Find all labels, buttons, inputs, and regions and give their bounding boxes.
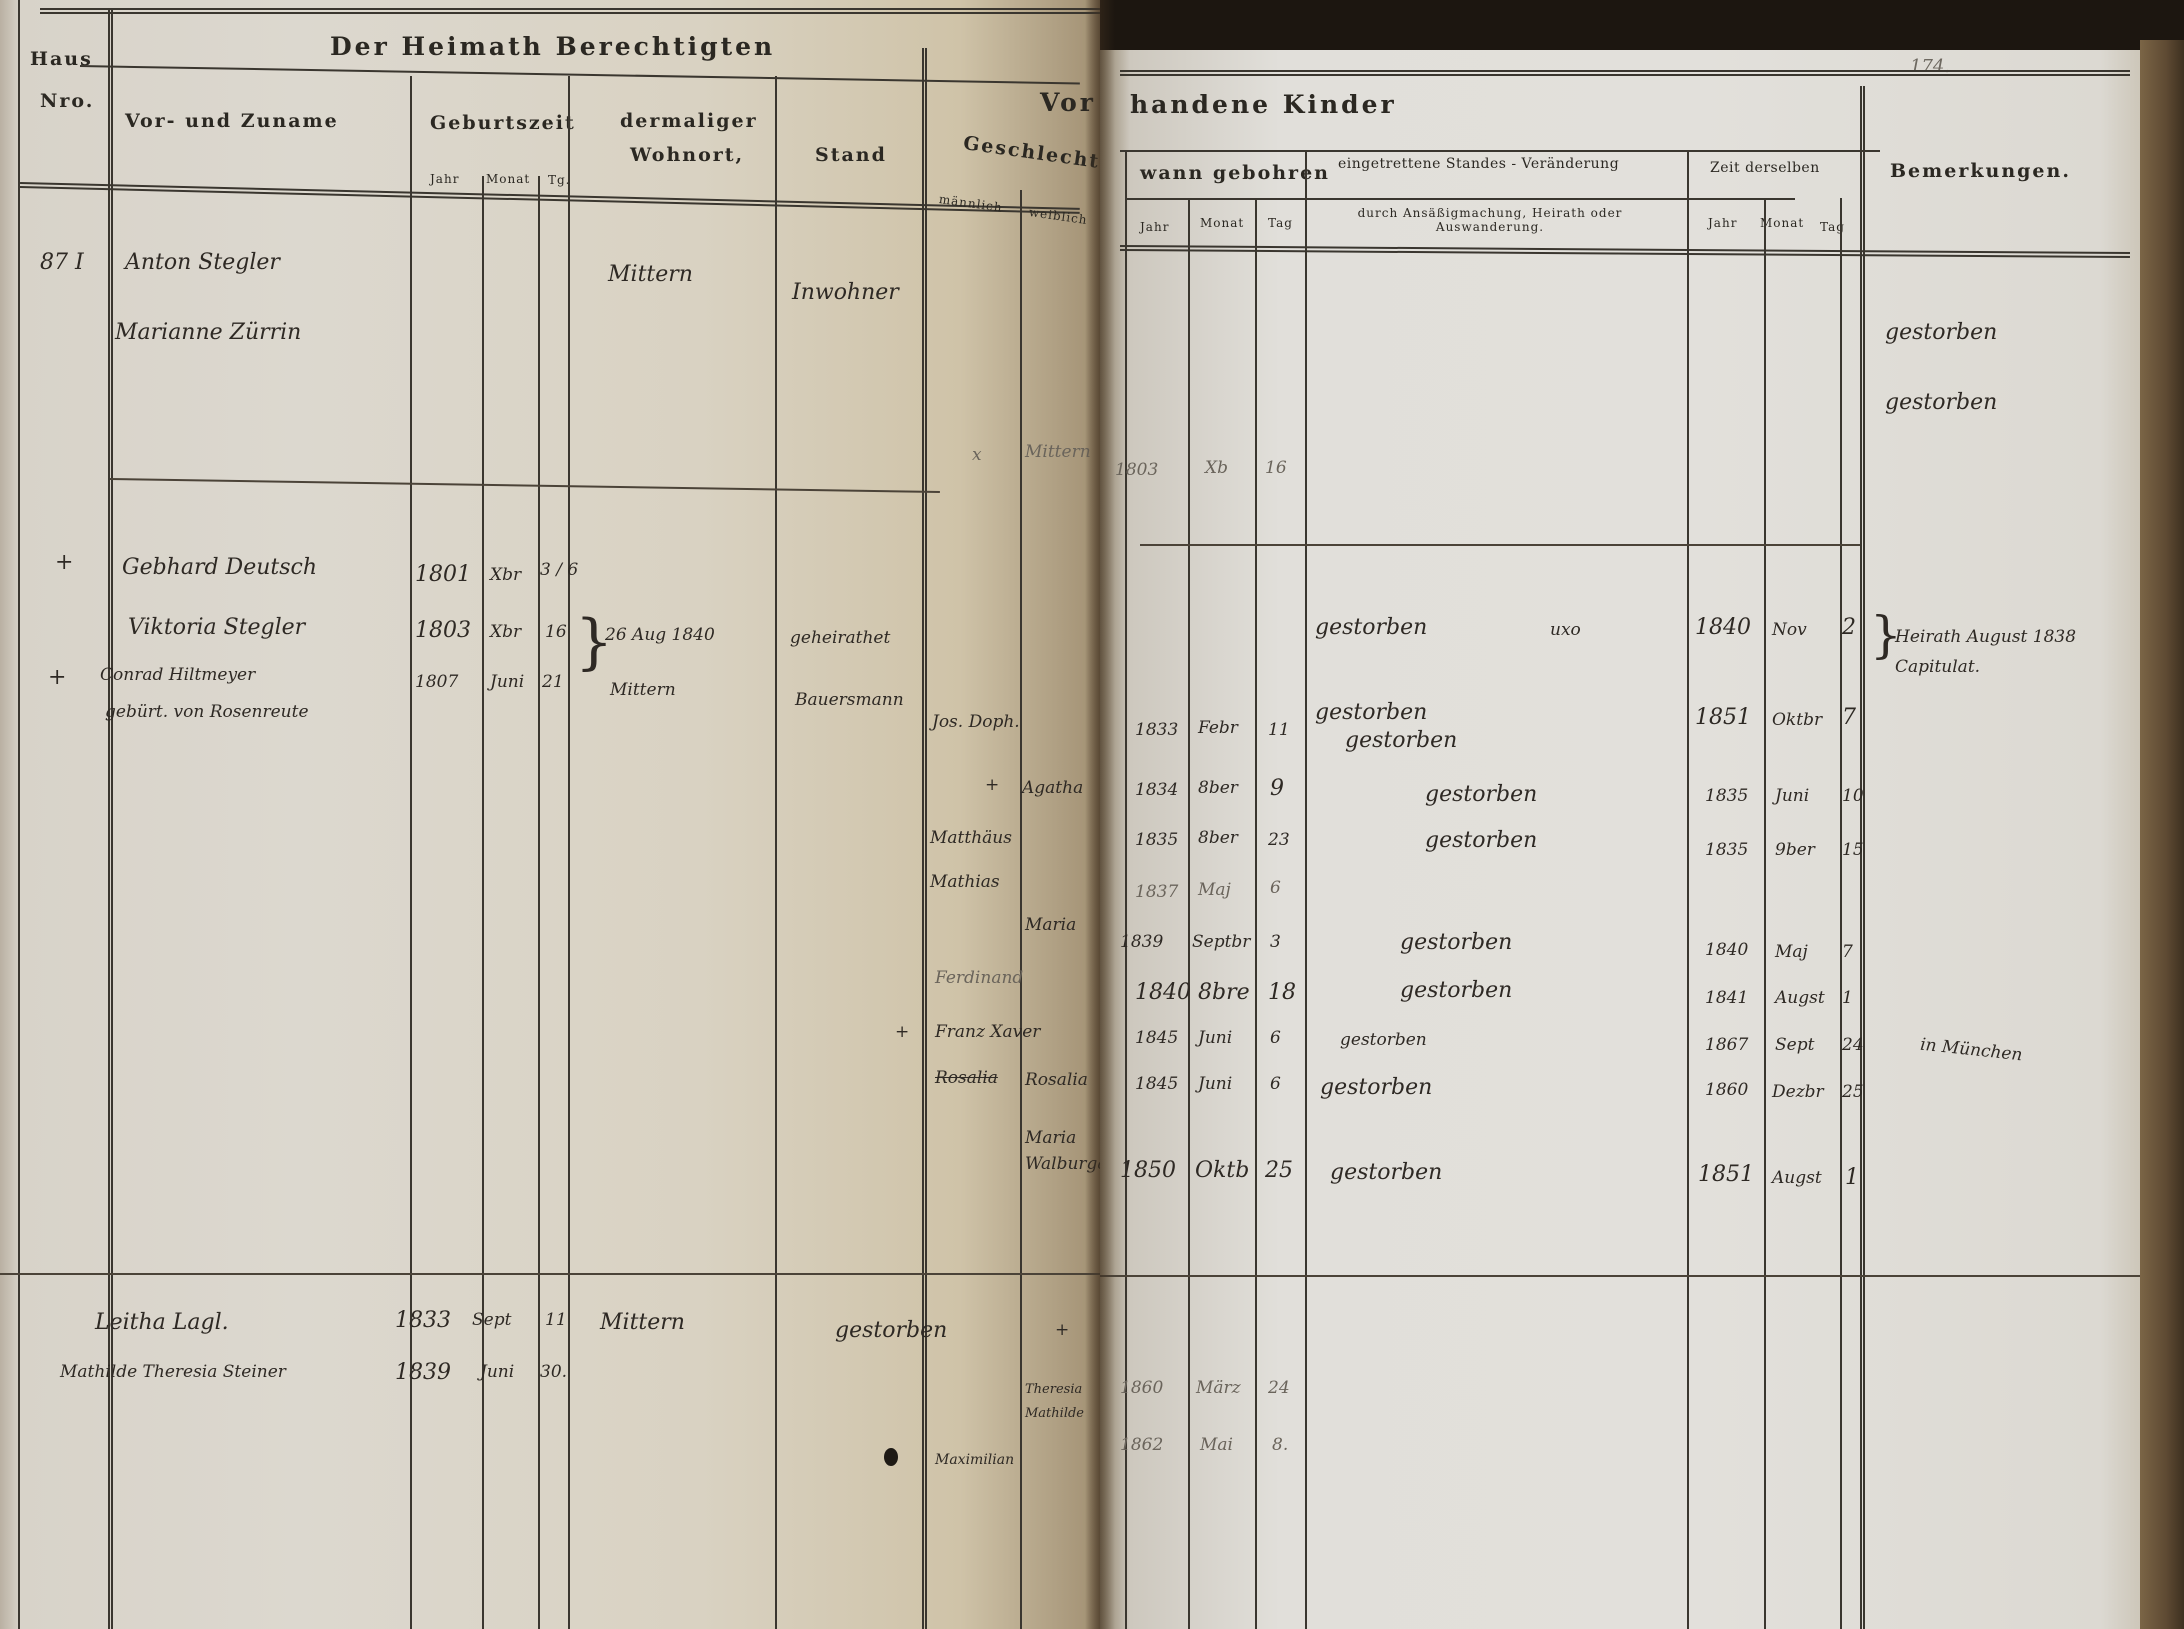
birth-year-month-rule [482,176,484,1629]
birth-month-header: Monat [486,172,530,186]
child-birth-month: Juni [1198,1074,1232,1094]
child-birth-year: 1835 [1135,830,1178,850]
entry-separator-2 [1100,1275,2150,1277]
entry-separator-1 [110,478,940,493]
haus-number: 87 I [40,250,84,275]
child-birth-year: 1839 [1120,932,1163,952]
child-name-female: Rosalia [1025,1070,1088,1090]
child-birth-month: Xb [1205,458,1228,478]
change-month: Juni [1775,786,1809,806]
change-month: Augst [1775,988,1825,1008]
status-change: gestorben [1340,1030,1427,1050]
change-day: 2 [1842,615,1856,640]
child-name-male: Maximilian [935,1452,1014,1468]
status-change: gestorben [1400,930,1512,955]
change-day: 1 [1845,1165,1859,1190]
birth-month: Sept [472,1310,511,1330]
status-change: gestorben [1315,700,1427,725]
change-day: 25 [1842,1082,1864,1102]
child-birth-day: 6 [1270,878,1281,898]
child-birth-day: 3 [1270,932,1281,952]
residence-stand-rule [775,76,777,1629]
birth-day: 30. [540,1362,567,1382]
child-mark: + [985,775,999,795]
birth-day: 11 [545,1310,567,1330]
change-day: 7 [1842,705,1856,730]
child-birth-day: 16 [1265,458,1287,478]
gender-male-header: männlich [938,192,1003,215]
person-name: Viktoria Stegler [128,615,305,640]
child-name-struck: Rosalia [935,1068,998,1088]
status-change-subheader: durch Ansäßigmachung, Heirath oder Auswa… [1340,206,1640,234]
child-name-male: Franz Xaver [935,1022,1040,1042]
time-column-header: Zeit derselben [1710,160,1820,176]
child-birth-day: 9 [1270,776,1284,801]
status-change: gestorben [1345,728,1457,753]
time-month-day-rule [1840,198,1842,1629]
haus-column-rule [108,10,113,1629]
entry-separator-2 [0,1273,1100,1275]
header-title-rule [80,65,1080,84]
birth-year-header: Jahr [430,172,459,186]
change-year: 1835 [1705,786,1748,806]
child-birth-month: Juni [1198,1028,1232,1048]
status-change: gestorben [1425,828,1537,853]
child-birth-day: 25 [1265,1158,1293,1183]
change-year: 1841 [1705,988,1748,1008]
book-cover-edge [2140,40,2184,1629]
change-day: 7 [1842,942,1853,962]
book-gutter [1085,0,1115,1629]
entry-separator-1 [1140,544,1860,546]
time-year-header: Jahr [1708,216,1737,230]
birth-year: 1839 [395,1360,451,1385]
change-month: Sept [1775,1035,1814,1055]
stand-gender-rule [922,48,927,1629]
child-name-male: Matthäus [930,828,1012,848]
right-page: 174. handene Kinder wann gebohren Jahr M… [1100,50,2150,1629]
status-change: gestorben [1320,1075,1432,1100]
change-day: 1 [1842,988,1853,1008]
born-month-day-rule [1255,198,1257,1629]
change-day: 24 [1842,1035,1864,1055]
child-birth-month: Septbr [1192,932,1250,952]
marriage-date: 26 Aug 1840 [605,625,715,645]
section-title-children-part2: handene Kinder [1130,90,1397,119]
status-change-header: eingetrettene Standes - Veränderung [1338,156,1619,172]
haus-mark: + [55,550,73,575]
child-name-female: Agatha [1022,778,1083,798]
gender-column-header: Geschlecht [962,132,1100,173]
child-birth-month: Mai [1200,1435,1233,1455]
stand-value: geheirathet [790,628,890,648]
child-birth-month: 8ber [1198,828,1238,848]
child-birth-day: 18 [1268,980,1296,1005]
header-top-rule [1120,70,2130,76]
change-year: 1860 [1705,1080,1748,1100]
person-name: Gebhard Deutsch [122,555,317,580]
born-change-rule [1305,150,1307,1629]
child-birth-month: 8ber [1198,778,1238,798]
remark-marriage: Heirath August 1838 Capitulat. [1895,622,2135,682]
child-birth-day: 6 [1270,1028,1281,1048]
change-month: Maj [1775,942,1808,962]
born-left-rule [1125,150,1127,1629]
person-name: Marianne Zürrin [115,320,301,345]
stand-column-header: Stand [815,144,887,166]
change-month: Augst [1772,1168,1822,1188]
birth-year: 1833 [395,1308,451,1333]
change-month: Oktbr [1772,710,1822,730]
residence-value: Mittern [608,262,693,287]
time-year-month-rule [1764,198,1766,1629]
change-month: Nov [1772,620,1807,640]
header-title-rule [1120,150,1880,152]
birth-month: Xbr [490,565,521,585]
residence-header-line1: dermaliger [620,110,758,132]
change-year: 1840 [1705,940,1748,960]
status-change: gestorben [1425,782,1537,807]
born-column-header: wann gebohren [1140,162,1330,184]
child-birth-year: 1860 [1120,1378,1163,1398]
child-mark: x [972,445,982,465]
name-column-header: Vor- und Zuname [125,110,339,132]
child-birth-year: 1837 [1135,882,1178,902]
child-mark: + [895,1022,909,1042]
birth-day: 3 / 6 [540,560,578,580]
remark-gestorben: gestorben [1885,320,1997,345]
change-month: 9ber [1775,840,1815,860]
birth-year: 1801 [415,562,471,587]
birth-year: 1807 [415,672,458,692]
birth-month: Juni [480,1362,514,1382]
child-birth-day: 11 [1268,720,1290,740]
child-name: Mittern [1025,442,1091,462]
change-time-rule [1687,150,1689,1629]
status-change: gestorben [1400,978,1512,1003]
birth-month: Xbr [490,622,521,642]
left-page: Haus Nro. Der Heimath Berechtigten Vor- … [0,0,1100,1629]
child-name-male: Ferdinand [935,968,1023,988]
nro-label: Nro. [40,90,94,112]
child-birth-year: 1840 [1135,980,1191,1005]
status-change: gestorben [1330,1160,1442,1185]
child-birth-month: 8bre [1198,980,1250,1005]
child-birth-day: 23 [1268,830,1290,850]
person-name: Anton Stegler [125,250,280,275]
gender-split-rule [1020,190,1022,1629]
child-birth-day: 6 [1270,1074,1281,1094]
remark-location: in München [1919,1035,2023,1066]
child-birth-year: 1850 [1120,1158,1176,1183]
child-birth-year: 1803 [1115,460,1158,480]
name-birth-rule [410,76,412,1629]
child-birth-month: Maj [1198,880,1231,900]
born-year-month-rule [1188,198,1190,1629]
change-sub-rule [1315,198,1795,200]
status-change-note: uxo [1550,620,1581,640]
change-month: Dezbr [1772,1082,1824,1102]
child-birth-year: 1862 [1120,1435,1163,1455]
child-mark: + [1055,1320,1069,1340]
birth-residence-rule [568,76,570,1629]
stand-value: Inwohner [792,280,899,305]
birth-day: 21 [542,672,564,692]
residence-header-line2: Wohnort, [630,144,744,166]
status-change: gestorben [1315,615,1427,640]
child-birth-year: 1834 [1135,780,1178,800]
person-name: Leitha Lagl. [95,1310,229,1335]
birth-column-header: Geburtszeit [430,112,576,134]
time-month-header: Monat [1760,216,1804,230]
page-left-border [18,0,20,1629]
section-title-heimath: Der Heimath Berechtigten [330,32,775,61]
child-name-male: Jos. Doph. [932,712,1020,732]
book-spine-shadow-top [1100,0,2184,50]
birth-year: 1803 [415,618,471,643]
birth-day: 16 [545,622,567,642]
change-year: 1851 [1698,1162,1754,1187]
ink-blot [884,1448,898,1466]
child-birth-year: 1845 [1135,1028,1178,1048]
born-year-header: Jahr [1140,220,1169,234]
born-day-header: Tag [1268,216,1293,230]
person-name: Mathilde Theresia Steiner [60,1362,286,1382]
header-bottom-rule [1120,245,2130,258]
change-year: 1840 [1695,615,1751,640]
deceased-cross: + [48,665,66,690]
haus-label: Haus [30,48,93,70]
change-year: 1867 [1705,1035,1748,1055]
birth-month-day-rule [538,176,540,1629]
child-birth-month: März [1196,1378,1241,1398]
change-day: 15 [1842,840,1864,860]
residence-value: Mittern [610,680,676,700]
child-name-male: Mathias [930,872,1000,892]
stand-value: Bauersmann [795,690,904,710]
header-top-rule [40,8,1100,14]
birthplace-note: gebürt. von Rosenreute [105,702,309,722]
birth-month: Juni [490,672,524,692]
open-register-book: Haus Nro. Der Heimath Berechtigten Vor- … [0,0,2184,1629]
child-birth-day: 8. [1272,1435,1288,1455]
child-birth-month: Febr [1198,718,1238,738]
child-birth-month: Oktb [1195,1158,1249,1183]
born-month-header: Monat [1200,216,1244,230]
person-name: Conrad Hiltmeyer [100,665,255,685]
stand-value: gestorben [835,1318,947,1343]
remarks-column-header: Bemerkungen. [1890,160,2071,182]
change-year: 1851 [1695,705,1751,730]
child-name-female: Maria [1025,915,1076,935]
child-birth-year: 1833 [1135,720,1178,740]
residence-value: Mittern [600,1310,685,1335]
child-birth-year: 1845 [1135,1074,1178,1094]
change-day: 10 [1842,786,1864,806]
change-year: 1835 [1705,840,1748,860]
child-birth-day: 24 [1268,1378,1290,1398]
remark-gestorben: gestorben [1885,390,1997,415]
